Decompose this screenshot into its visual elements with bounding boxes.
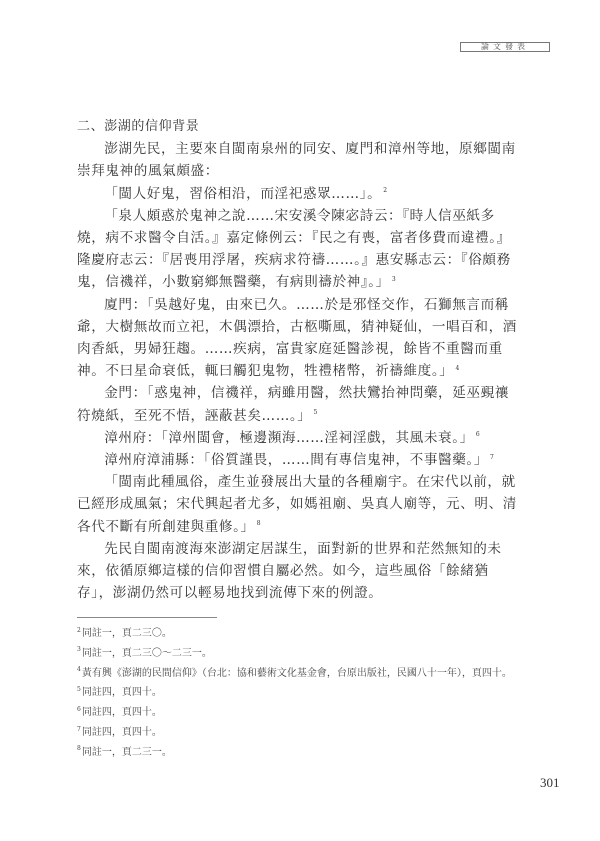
paragraph-text: 「閩南此種風俗，產生並發展出大量的各種廟宇。在宋代以前，就已經形成風氣；宋代興起… <box>77 474 517 534</box>
quote-paragraph: 「泉人頗惑於鬼神之說……宋安溪令陳宓詩云：『時人信巫紙多燒，病不求醫令自活。』嘉… <box>77 205 523 294</box>
footnote-number: 4 <box>77 666 81 673</box>
footnote-item: 6同註四，頁四十。 <box>77 703 537 723</box>
footnote-ref[interactable]: 4 <box>455 365 459 372</box>
footnote-ref[interactable]: 3 <box>392 276 396 283</box>
running-header-label: 論文發表 <box>479 43 531 51</box>
paragraph-text: 「閩人好鬼，習俗相沿，而淫祀惑眾……」。 <box>104 186 381 202</box>
quote-paragraph: 金門：「惑鬼神，信禨祥，病雖用醫，然扶鸞抬神問藥，延巫覡禳符燒紙，至死不悟，誣蔽… <box>77 382 523 426</box>
footnote-number: 7 <box>77 726 81 733</box>
footnote-ref[interactable]: 7 <box>490 454 494 461</box>
footnote-number: 5 <box>77 686 81 693</box>
paragraph-text: 漳州府：「漳州閩會，極邊瀕海……淫祠淫戲，其風未衰。」 <box>104 430 474 446</box>
paragraph-text: 「泉人頗惑於鬼神之說……宋安溪令陳宓詩云：『時人信巫紙多燒，病不求醫令自活。』嘉… <box>77 208 511 291</box>
paragraph-text: 先民自閩南渡海來澎湖定居謀生，面對新的世界和茫然無知的未來，依循原鄉這樣的信仰習… <box>77 541 502 601</box>
footnote-ref[interactable]: 8 <box>257 520 261 527</box>
quote-paragraph: 「閩南此種風俗，產生並發展出大量的各種廟宇。在宋代以前，就已經形成風氣；宋代興起… <box>77 471 523 538</box>
footnotes: 2同註一，頁二三〇。 3同註一，頁二三〇～二三一。 4黃有興《澎湖的民間信仰》（… <box>77 624 537 763</box>
footnote-item: 8同註一，頁二三一。 <box>77 743 537 763</box>
footnote-ref[interactable]: 6 <box>476 431 480 438</box>
section-heading: 二、澎湖的信仰背景 <box>77 116 523 138</box>
paragraph-text: 廈門：「吳越好鬼，由來已久。……於是邪怪交作，石獅無言而稱爺，大樹無故而立祀，木… <box>77 297 517 380</box>
footnote-item: 4黃有興《澎湖的民間信仰》（台北：協和藝術文化基金會，台原出版社，民國八十一年）… <box>77 664 537 684</box>
footnote-item: 7同註四，頁四十。 <box>77 723 537 743</box>
footnote-text: 同註一，頁二三〇～二三一。 <box>82 648 212 659</box>
quote-paragraph: 廈門：「吳越好鬼，由來已久。……於是邪怪交作，石獅無言而稱爺，大樹無故而立祀，木… <box>77 294 523 383</box>
paragraph-text: 金門：「惑鬼神，信禨祥，病雖用醫，然扶鸞抬神問藥，延巫覡禳符燒紙，至死不悟，誣蔽… <box>77 385 509 423</box>
footnote-text: 同註四，頁四十。 <box>82 707 162 718</box>
quote-paragraph: 漳州府：「漳州閩會，極邊瀕海……淫祠淫戲，其風未衰。」6 <box>77 427 523 449</box>
footnote-text: 同註四，頁四十。 <box>82 727 162 738</box>
footnote-ref[interactable]: 5 <box>314 409 318 416</box>
footnote-text: 黃有興《澎湖的民間信仰》（台北：協和藝術文化基金會，台原出版社，民國八十一年），… <box>82 668 512 679</box>
paragraph-text: 澎湖先民，主要來自閩南泉州的同安、廈門和漳州等地，原鄉閩南崇拜鬼神的風氣頗盛： <box>77 141 516 179</box>
quote-paragraph: 漳州府漳浦縣：「俗質謹畏，……間有專信鬼神，不事醫藥。」7 <box>77 449 523 471</box>
footnote-number: 3 <box>77 646 81 653</box>
footnote-text: 同註一，頁二三〇。 <box>82 628 172 639</box>
footnote-text: 同註四，頁四十。 <box>82 687 162 698</box>
footnote-text: 同註一，頁二三一。 <box>82 747 172 758</box>
main-body: 二、澎湖的信仰背景 澎湖先民，主要來自閩南泉州的同安、廈門和漳州等地，原鄉閩南崇… <box>77 116 523 604</box>
footnote-item: 2同註一，頁二三〇。 <box>77 624 537 644</box>
footnote-separator <box>77 617 217 618</box>
footnote-number: 6 <box>77 706 81 713</box>
body-paragraph: 先民自閩南渡海來澎湖定居謀生，面對新的世界和茫然無知的未來，依循原鄉這樣的信仰習… <box>77 538 523 605</box>
footnote-ref[interactable]: 2 <box>383 187 387 194</box>
running-header-box: 論文發表 <box>460 42 550 52</box>
body-paragraph: 澎湖先民，主要來自閩南泉州的同安、廈門和漳州等地，原鄉閩南崇拜鬼神的風氣頗盛： <box>77 138 523 182</box>
quote-paragraph: 「閩人好鬼，習俗相沿，而淫祀惑眾……」。2 <box>77 183 523 205</box>
footnote-item: 3同註一，頁二三〇～二三一。 <box>77 644 537 664</box>
footnote-item: 5同註四，頁四十。 <box>77 683 537 703</box>
footnote-number: 2 <box>77 627 81 634</box>
footnote-number: 8 <box>77 745 81 752</box>
paragraph-text: 漳州府漳浦縣：「俗質謹畏，……間有專信鬼神，不事醫藥。」 <box>104 452 488 468</box>
page-number: 301 <box>540 775 560 791</box>
